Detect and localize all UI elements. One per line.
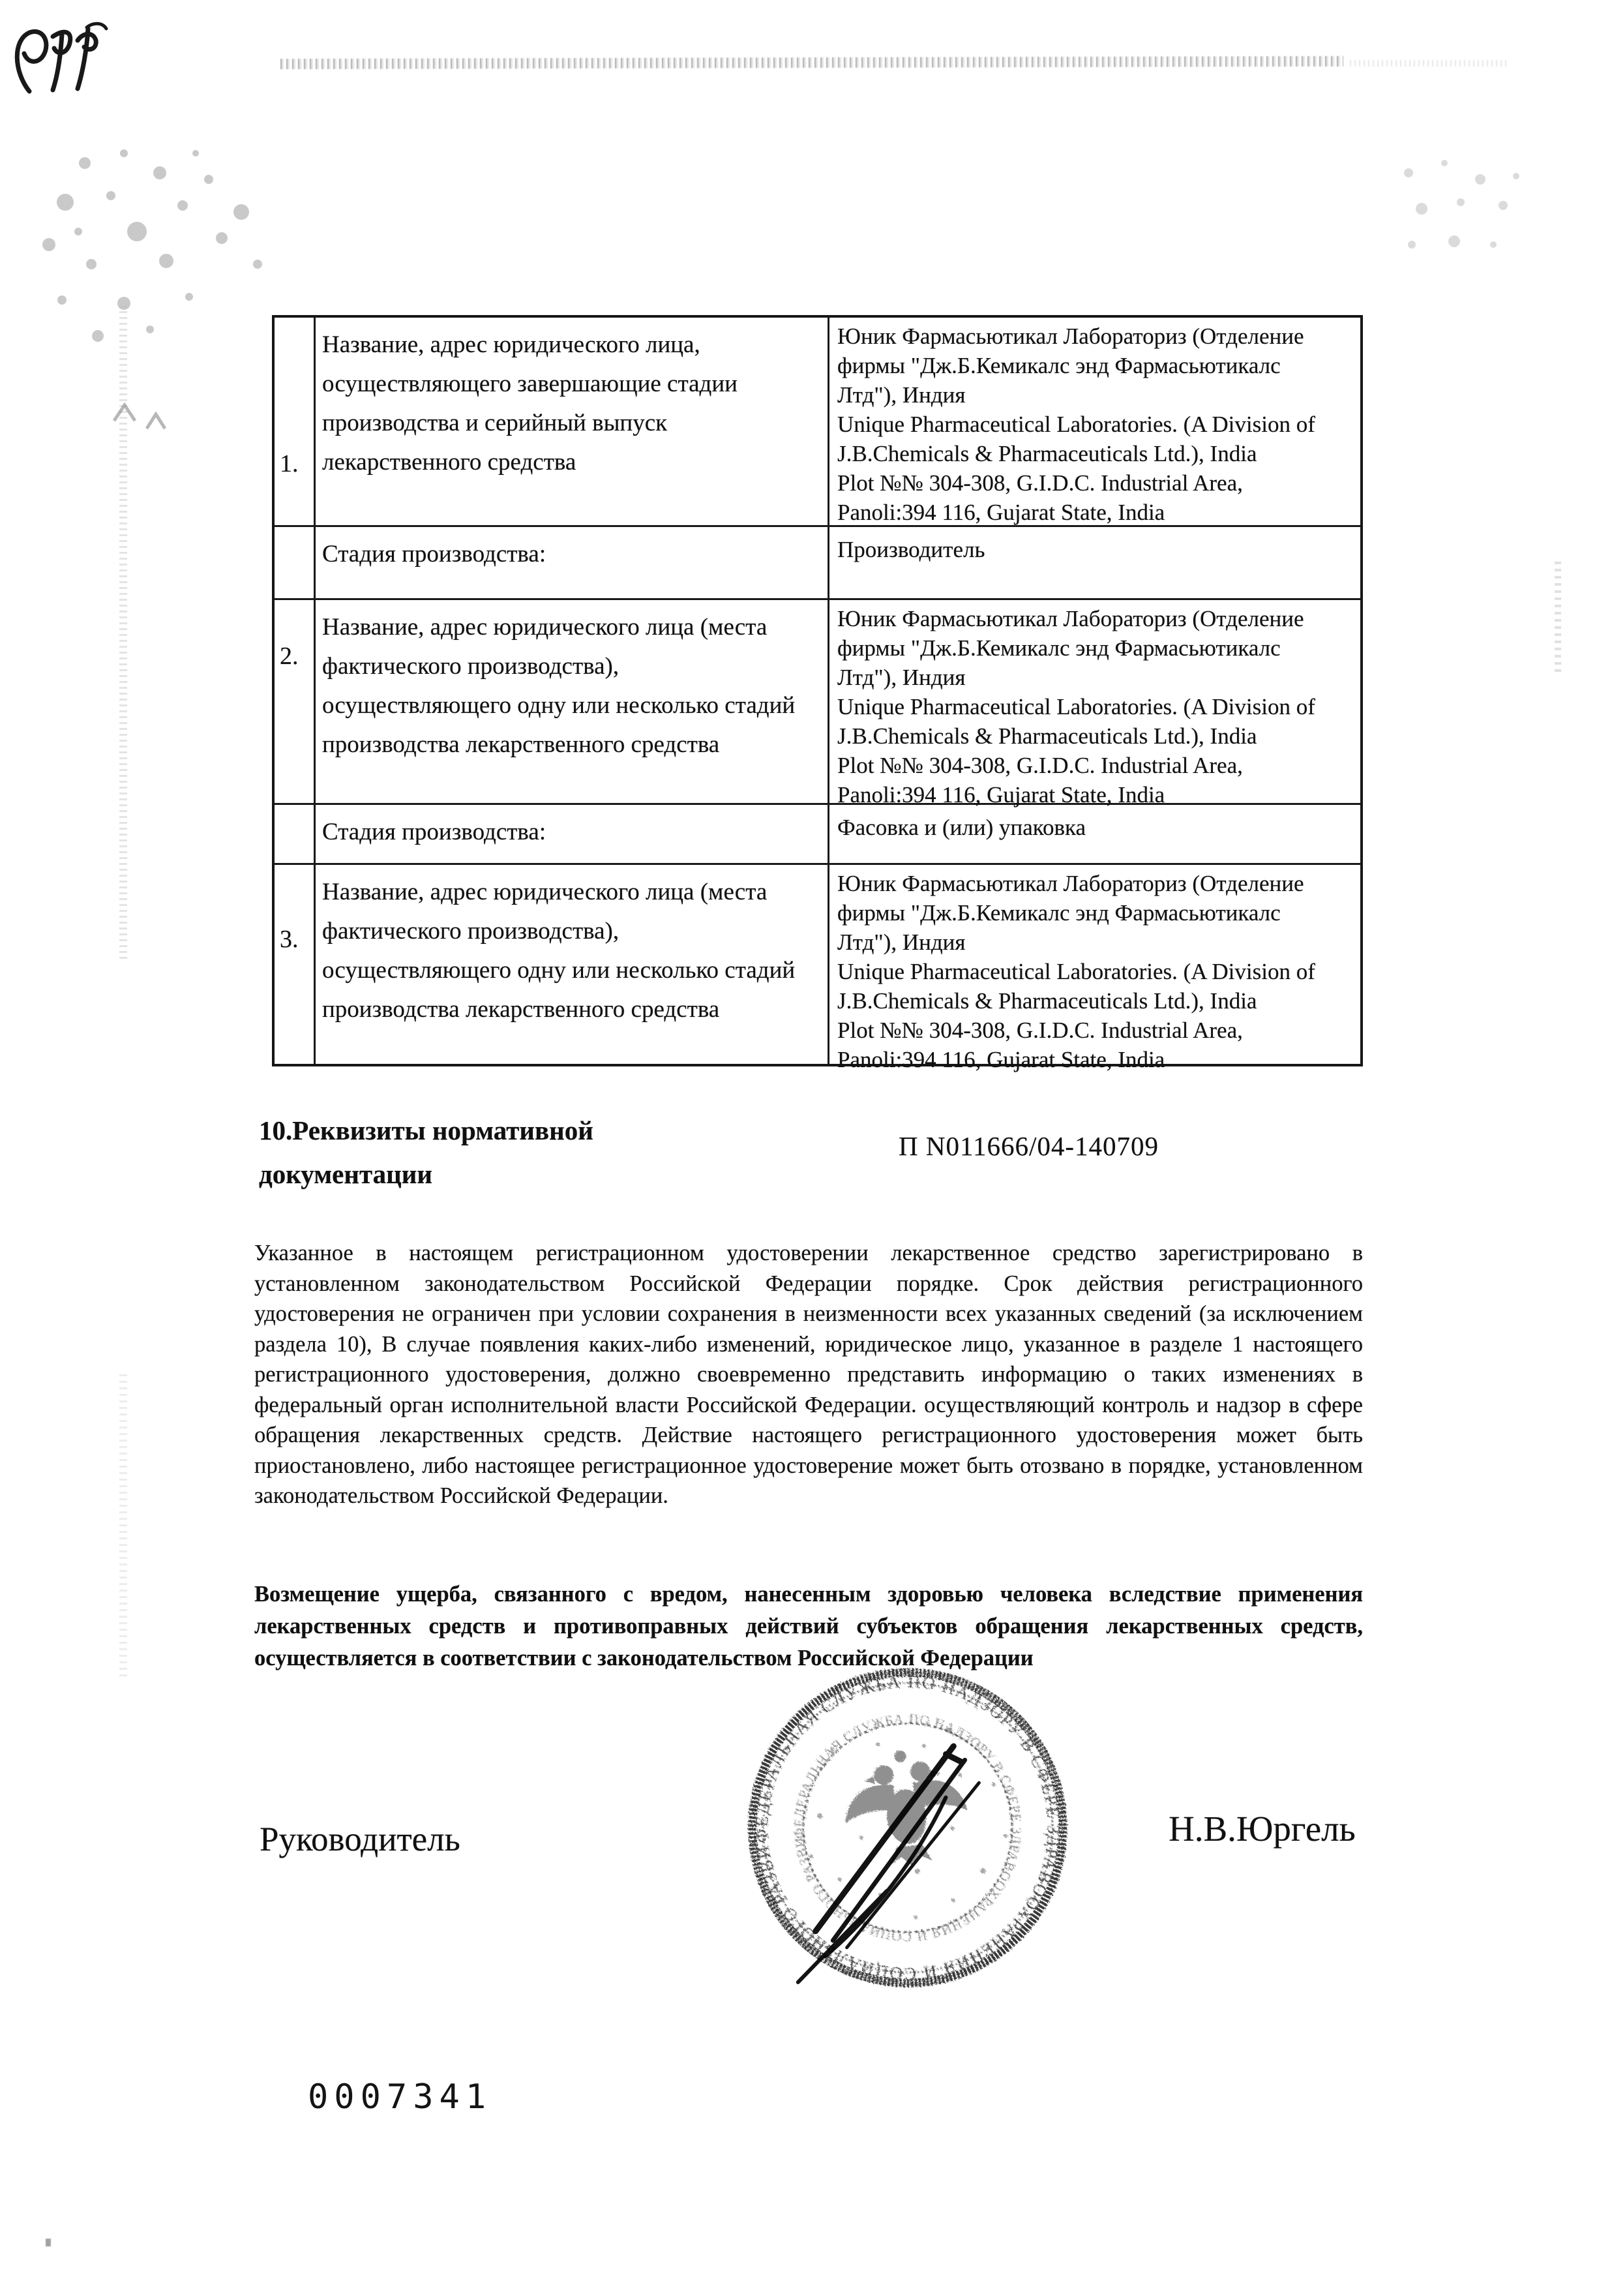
manufacturer-table: 1. Название, адрес юридического лица, ос… <box>272 315 1363 1066</box>
scan-noise-right-margin <box>1555 558 1561 672</box>
row-number-cell: 2. <box>275 600 316 803</box>
signature-role-label: Руководитель <box>260 1820 460 1859</box>
table-row: Стадия производства: Производитель <box>275 525 1360 598</box>
row-value-cell: Юник Фармасьютикал Лабораториз (Отделени… <box>829 318 1360 525</box>
row-label-cell: Название, адрес юридического лица (места… <box>316 865 829 1064</box>
row-value-cell: Юник Фармасьютикал Лабораториз (Отделени… <box>829 865 1360 1064</box>
table-row: 3. Название, адрес юридического лица (ме… <box>275 863 1360 1064</box>
scan-noise-band <box>280 56 1343 69</box>
row-number-cell: 3. <box>275 865 316 1064</box>
row-value-cell: Юник Фармасьютикал Лабораториз (Отделени… <box>829 600 1360 803</box>
row-number-cell: 1. <box>275 318 316 525</box>
row-label-cell: Название, адрес юридического лица, осуще… <box>316 318 829 525</box>
row-number-cell <box>275 805 316 863</box>
row-number-cell <box>275 527 316 598</box>
table-row: 1. Название, адрес юридического лица, ос… <box>275 318 1360 525</box>
signature-name: Н.В.Юргель <box>1169 1808 1356 1849</box>
liability-paragraph: Возмещение ущерба, связанного с вредом, … <box>254 1578 1363 1674</box>
handwritten-scribble-mark <box>10 14 124 112</box>
registration-terms-paragraph: Указанное в настоящем регистрационном уд… <box>254 1238 1363 1511</box>
registration-number: П N011666/04-140709 <box>899 1130 1159 1162</box>
scan-noise-cluster-left <box>26 134 287 460</box>
row-label-cell: Название, адрес юридического лица (места… <box>316 600 829 803</box>
scan-noise-cluster-right <box>1382 147 1532 277</box>
scan-noise-left-margin-lower <box>119 1370 127 1676</box>
scanned-registration-certificate-page: 1. Название, адрес юридического лица, ос… <box>0 0 1612 2296</box>
section-10-heading: 10.Реквизиты нормативной документации <box>259 1109 728 1196</box>
scan-noise-speck <box>46 2239 51 2246</box>
form-serial-number: 0007341 <box>308 2077 492 2117</box>
row-label-cell: Стадия производства: <box>316 527 829 598</box>
table-row: 2. Название, адрес юридического лица (ме… <box>275 598 1360 803</box>
row-label-cell: Стадия производства: <box>316 805 829 863</box>
row-value-cell: Производитель <box>829 527 1360 598</box>
official-round-stamp: ФЕДЕРАЛЬНАЯ СЛУЖБА ПО НАДЗОРУ В СФЕРЕ ЗД… <box>727 1647 1089 2009</box>
scan-noise-band-right <box>1350 60 1506 67</box>
table-row: Стадия производства: Фасовка и (или) упа… <box>275 803 1360 863</box>
row-value-cell: Фасовка и (или) упаковка <box>829 805 1360 863</box>
